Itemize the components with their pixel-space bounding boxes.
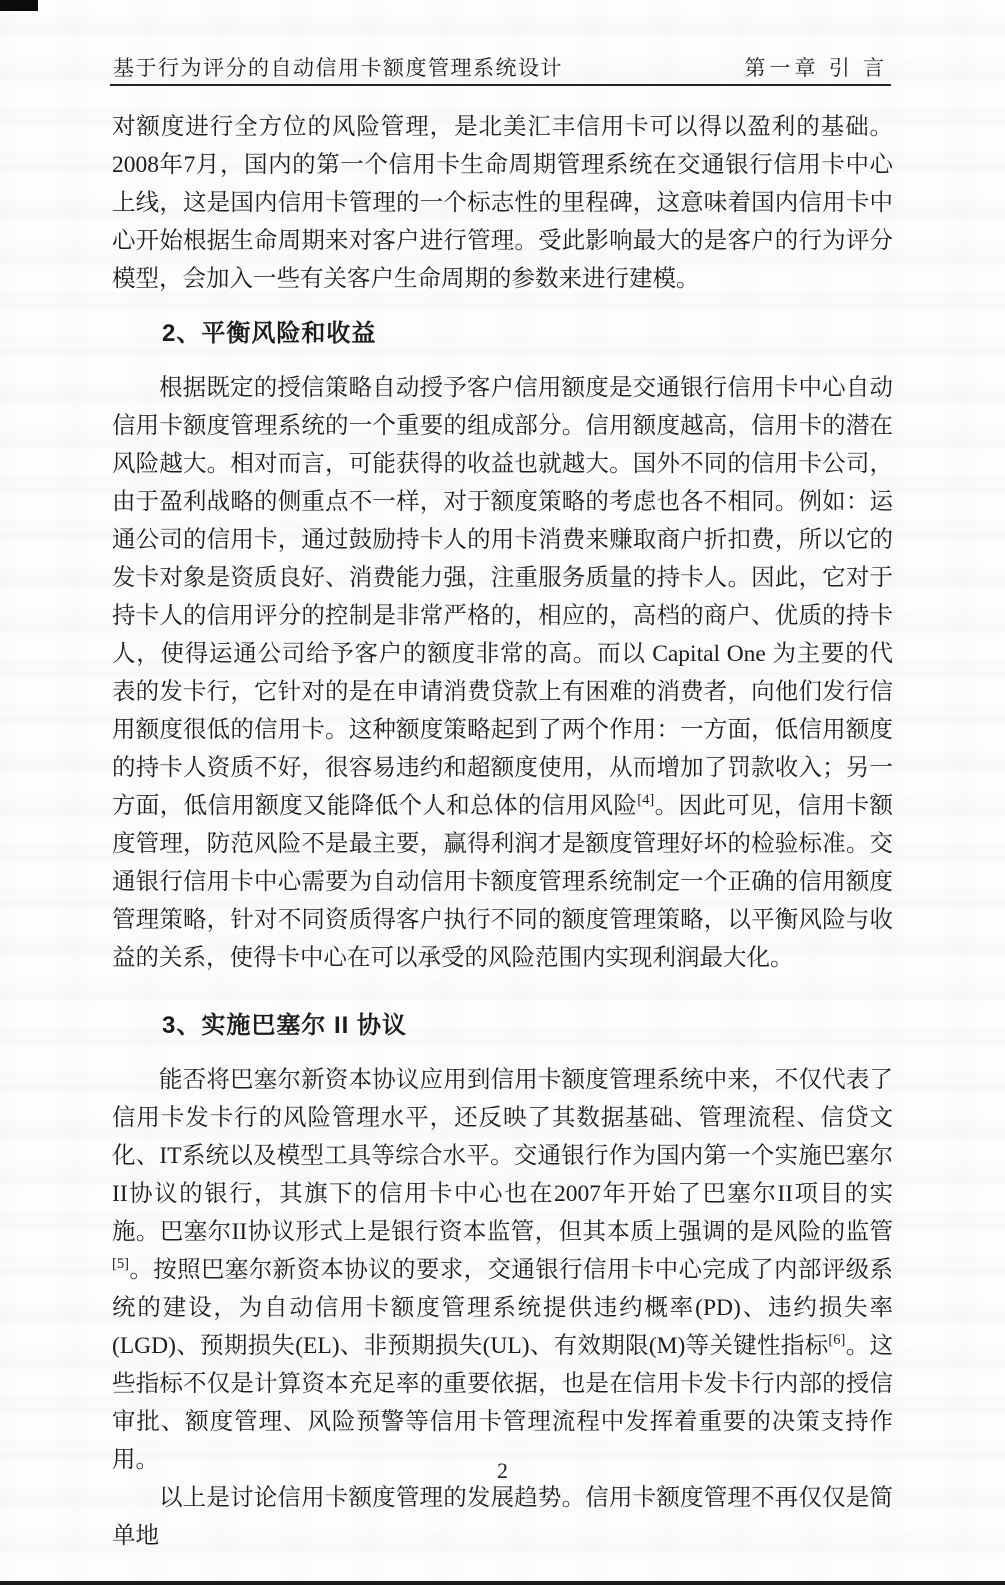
page-body: 对额度进行全方位的风险管理，是北美汇丰信用卡可以得以盈利的基础。2008年7月，… <box>112 108 893 1555</box>
running-header-title: 基于行为评分的自动信用卡额度管理系统设计 <box>113 52 563 82</box>
page-number: 2 <box>0 1458 1005 1484</box>
paragraph-basel-implementation: 能否将巴塞尔新资本协议应用到信用卡额度管理系统中来，不仅代表了信用卡发卡行的风险… <box>112 1061 893 1479</box>
scan-artifact-corner <box>0 0 38 11</box>
paragraph-trend-summary: 以上是讨论信用卡额度管理的发展趋势。信用卡额度管理不再仅仅是简单地 <box>112 1479 893 1555</box>
section-heading-basel-ii: 3、实施巴塞尔 II 协议 <box>112 1007 893 1045</box>
paragraph-credit-limit-strategy: 根据既定的授信策略自动授予客户信用额度是交通银行信用卡中心自动信用卡额度管理系统… <box>112 369 893 977</box>
header-rule <box>110 84 891 86</box>
running-header-chapter: 第一章 引 言 <box>745 52 889 82</box>
section-heading-balance-risk-return: 2、平衡风险和收益 <box>112 315 893 353</box>
paragraph-risk-management: 对额度进行全方位的风险管理，是北美汇丰信用卡可以得以盈利的基础。2008年7月，… <box>112 108 893 298</box>
document-page: 基于行为评分的自动信用卡额度管理系统设计 第一章 引 言 对额度进行全方位的风险… <box>0 0 1005 1585</box>
scan-artifact-bottom-edge <box>0 1581 1005 1585</box>
